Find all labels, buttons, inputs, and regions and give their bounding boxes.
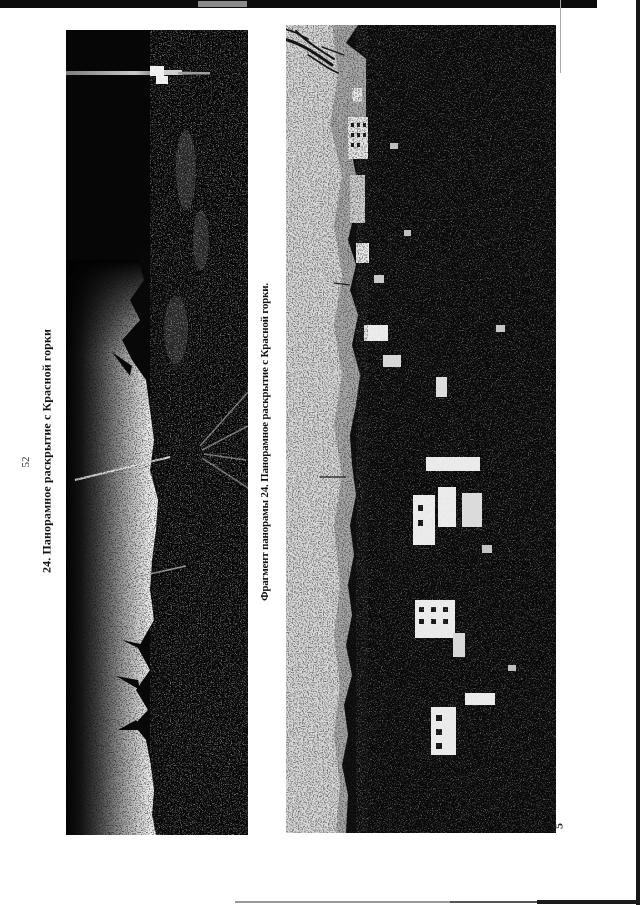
panorama-photo-image	[66, 30, 248, 835]
panorama-fragment-photo	[286, 25, 556, 833]
scan-edge-top	[0, 0, 597, 8]
scan-edge-gap	[198, 1, 247, 7]
scan-edge-bottom-dark	[450, 901, 537, 903]
panorama-photo	[66, 30, 248, 835]
scan-edge-bottom-corner	[537, 900, 640, 904]
scan-line-artifact	[560, 0, 561, 73]
scan-edge-right	[636, 0, 640, 905]
scan-edge-bottom	[235, 901, 450, 903]
photo2-caption: Фрагмент панорамы 24. Панорамное раскрыт…	[259, 283, 271, 601]
corner-page-number: 5	[552, 823, 567, 829]
panorama-fragment-image	[286, 25, 556, 833]
scanned-page: 52 24. Панорамное раскрытие с Красной го…	[0, 0, 640, 905]
page-number: 52	[20, 457, 32, 468]
photo1-caption: 24. Панорамное раскрытие с Красной горки	[40, 329, 55, 573]
